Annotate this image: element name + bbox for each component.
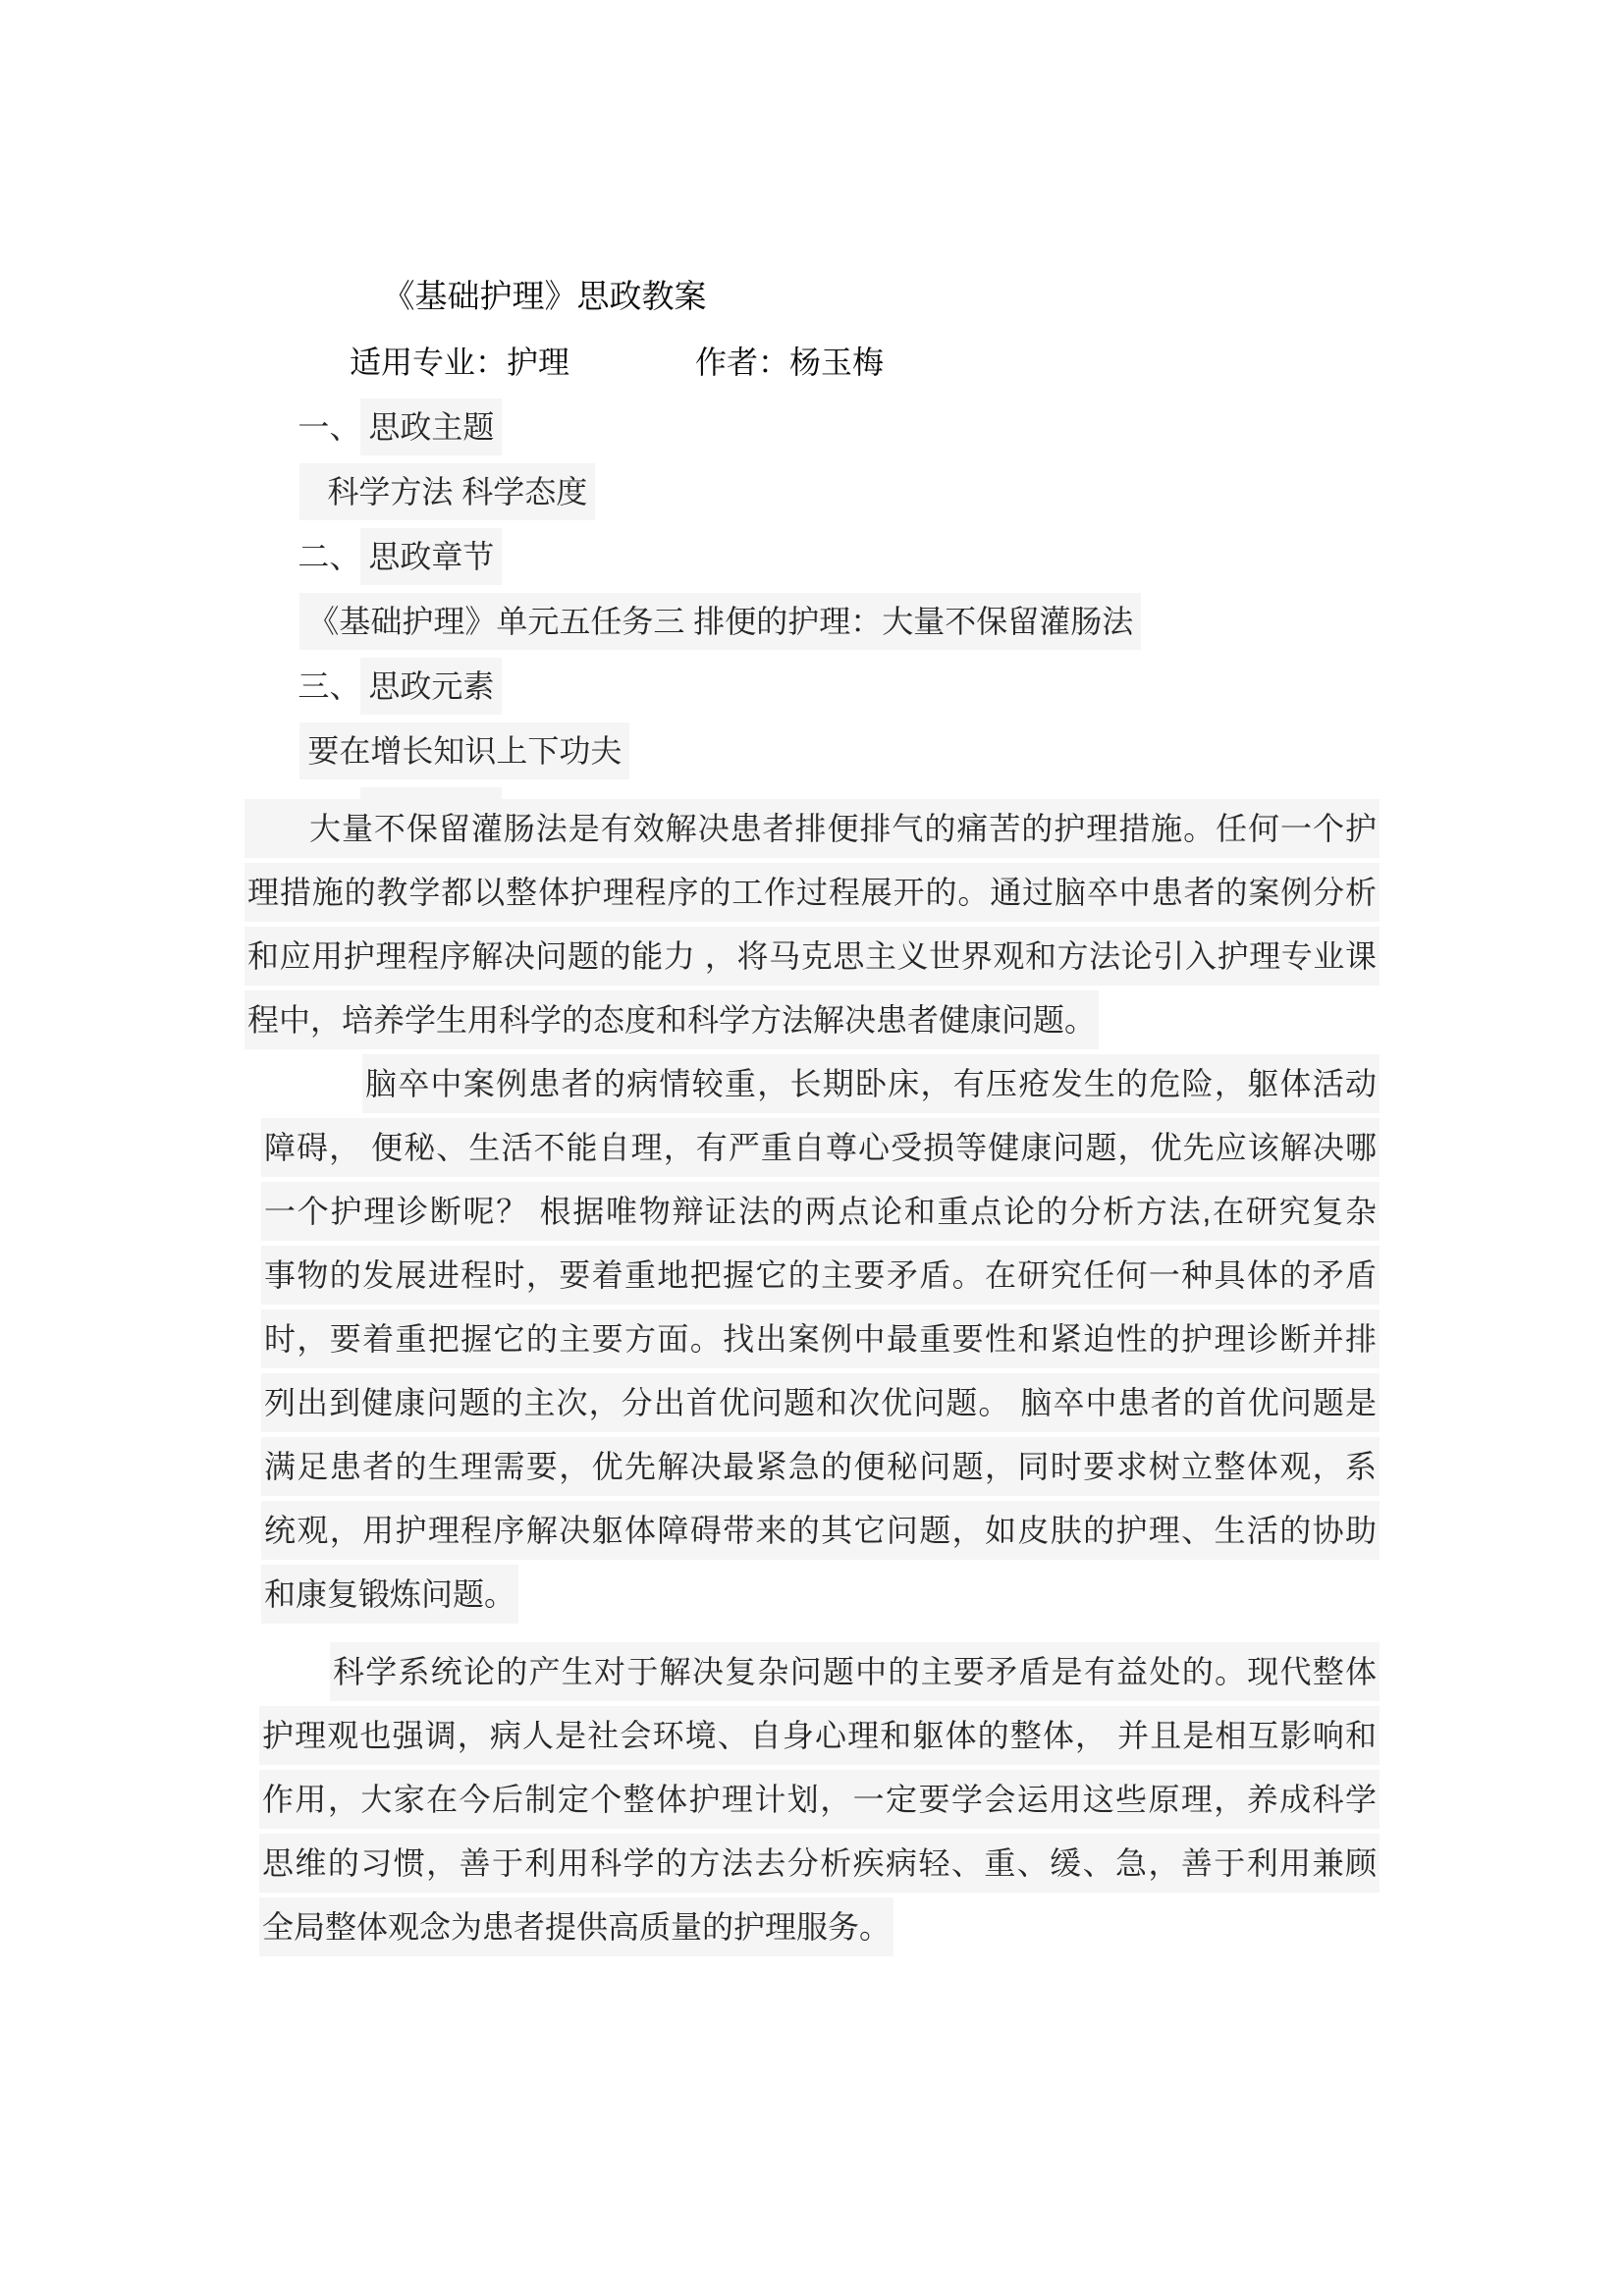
section-number: 一、 xyxy=(298,409,360,445)
paragraph-line: 思维的习惯，善于利用科学的方法去分析疾病轻、重、缓、急，善于利用兼顾 xyxy=(259,1832,1380,1896)
paragraph-line-text: 科学系统论的产生对于解决复杂问题中的主要矛盾是有益处的。现代整体 xyxy=(330,1642,1380,1701)
paragraph-line-text: 作用，大家在今后制定个整体护理计划，一定要学会运用这些原理，养成科学 xyxy=(259,1770,1380,1829)
section-content-3: 要在增长知识上下功夫 xyxy=(0,654,1624,719)
section-content-text: 要在增长知识上下功夫 xyxy=(299,722,629,779)
paragraph-line: 满足患者的生理需要，优先解决最紧急的便秘问题，同时要求树立整体观，系 xyxy=(261,1435,1380,1499)
paragraph-line-text: 满足患者的生理需要，优先解决最紧急的便秘问题，同时要求树立整体观，系 xyxy=(261,1437,1380,1496)
paragraph-line: 全局整体观念为患者提供高质量的护理服务。 xyxy=(259,1896,1380,1959)
meta-program: 适用专业：护理 xyxy=(350,345,569,380)
section-number: 二、 xyxy=(298,539,360,574)
paragraph-line-text: 护理观也强调，病人是社会环境、自身心理和躯体的整体， 并且是相互影响和 xyxy=(259,1706,1380,1765)
paragraph-line: 护理观也强调，病人是社会环境、自身心理和躯体的整体， 并且是相互影响和 xyxy=(259,1704,1380,1768)
paragraph-line: 大量不保留灌肠法是有效解决患者排便排气的痛苦的护理措施。任何一个护 xyxy=(244,797,1380,861)
document-title-text: 《基础护理》思政教案 xyxy=(383,280,707,315)
paragraph-line: 和应用护理程序解决问题的能力 ，将马克思主义世界观和方法论引入护理专业课 xyxy=(244,925,1380,988)
section-number: 三、 xyxy=(298,668,360,704)
paragraph-line-text: 程中，培养学生用科学的态度和科学方法解决患者健康问题。 xyxy=(244,990,1099,1049)
paragraph-line-text: 一个护理诊断呢？ 根据唯物辩证法的两点论和重点论的分析方法,在研究复杂 xyxy=(261,1182,1380,1241)
paragraph-line-text: 统观，用护理程序解决躯体障碍带来的其它问题，如皮肤的护理、生活的协助 xyxy=(261,1501,1380,1560)
paragraph-line-text: 事物的发展进程时，要着重地把握它的主要矛盾。在研究任何一种具体的矛盾 xyxy=(261,1246,1380,1305)
meta-author: 作者：杨玉梅 xyxy=(695,345,884,380)
paragraph-line-text: 时，要着重把握它的主要方面。找出案例中最重要性和紧迫性的护理诊断并排 xyxy=(261,1309,1380,1368)
paragraph-line: 统观，用护理程序解决躯体障碍带来的其它问题，如皮肤的护理、生活的协助 xyxy=(261,1499,1380,1563)
document-page: 《基础护理》思政教案 适用专业：护理作者：杨玉梅 一、思政主题 科学方法 科学态… xyxy=(0,0,1624,2296)
paragraph-line-text: 脑卒中案例患者的病情较重，长期卧床，有压疮发生的危险，躯体活动 xyxy=(362,1054,1380,1113)
paragraph-line-text: 列出到健康问题的主次，分出首优问题和次优问题。 脑卒中患者的首优问题是 xyxy=(261,1373,1380,1432)
paragraph-line: 事物的发展进程时，要着重地把握它的主要矛盾。在研究任何一种具体的矛盾 xyxy=(261,1244,1380,1308)
document-meta: 适用专业：护理作者：杨玉梅 xyxy=(0,265,1624,330)
section-heading-2: 二、思政章节 xyxy=(0,459,1624,524)
paragraph-line: 程中，培养学生用科学的态度和科学方法解决患者健康问题。 xyxy=(244,988,1380,1052)
paragraph: 大量不保留灌肠法是有效解决患者排便排气的痛苦的护理措施。任何一个护 理措施的教学… xyxy=(244,797,1380,1052)
section-heading-text: 思政元素 xyxy=(360,658,502,715)
paragraph-line: 作用，大家在今后制定个整体护理计划，一定要学会运用这些原理，养成科学 xyxy=(259,1768,1380,1832)
section-content-2: 《基础护理》单元五任务三 排便的护理：大量不保留灌肠法 xyxy=(0,524,1624,589)
section-content-text: 《基础护理》单元五任务三 排便的护理：大量不保留灌肠法 xyxy=(299,593,1141,650)
paragraph-line-text: 大量不保留灌肠法是有效解决患者排便排气的痛苦的护理措施。任何一个护 xyxy=(244,799,1380,858)
section-content-1: 科学方法 科学态度 xyxy=(0,395,1624,459)
document-content: 《基础护理》思政教案 适用专业：护理作者：杨玉梅 一、思政主题 科学方法 科学态… xyxy=(0,0,1624,1959)
document-title: 《基础护理》思政教案 xyxy=(0,200,1624,265)
section-heading-text: 思政章节 xyxy=(360,528,502,585)
paragraph-line-text: 和康复锻炼问题。 xyxy=(261,1565,518,1624)
paragraph: 脑卒中案例患者的病情较重，长期卧床，有压疮发生的危险，躯体活动 障碍， 便秘、生… xyxy=(261,1052,1380,1627)
paragraph-line: 脑卒中案例患者的病情较重，长期卧床，有压疮发生的危险，躯体活动 xyxy=(261,1052,1380,1116)
paragraph-line-text: 和应用护理程序解决问题的能力 ，将马克思主义世界观和方法论引入护理专业课 xyxy=(244,927,1380,986)
paragraph-line: 和康复锻炼问题。 xyxy=(261,1563,1380,1627)
section-content-text: 科学方法 科学态度 xyxy=(299,463,595,520)
paragraph-line: 一个护理诊断呢？ 根据唯物辩证法的两点论和重点论的分析方法,在研究复杂 xyxy=(261,1180,1380,1244)
paragraph-line: 时，要着重把握它的主要方面。找出案例中最重要性和紧迫性的护理诊断并排 xyxy=(261,1308,1380,1371)
section-heading-4: 四、案例实施 xyxy=(0,719,1624,783)
paragraph: 科学系统论的产生对于解决复杂问题中的主要矛盾是有益处的。现代整体 护理观也强调，… xyxy=(259,1640,1380,1959)
paragraph-line: 科学系统论的产生对于解决复杂问题中的主要矛盾是有益处的。现代整体 xyxy=(259,1640,1380,1704)
paragraph-line-text: 理措施的教学都以整体护理程序的工作过程展开的。通过脑卒中患者的案例分析 xyxy=(244,863,1380,922)
paragraph-line-text: 思维的习惯，善于利用科学的方法去分析疾病轻、重、缓、急，善于利用兼顾 xyxy=(259,1834,1380,1893)
paragraph-line-text: 全局整体观念为患者提供高质量的护理服务。 xyxy=(259,1897,893,1956)
paragraph-line-text: 障碍， 便秘、生活不能自理，有严重自尊心受损等健康问题，优先应该解决哪 xyxy=(261,1118,1380,1177)
paragraph-line: 列出到健康问题的主次，分出首优问题和次优问题。 脑卒中患者的首优问题是 xyxy=(261,1371,1380,1435)
paragraph-line: 障碍， 便秘、生活不能自理，有严重自尊心受损等健康问题，优先应该解决哪 xyxy=(261,1116,1380,1180)
paragraph-line: 理措施的教学都以整体护理程序的工作过程展开的。通过脑卒中患者的案例分析 xyxy=(244,861,1380,925)
section-heading-text: 思政主题 xyxy=(360,399,502,455)
